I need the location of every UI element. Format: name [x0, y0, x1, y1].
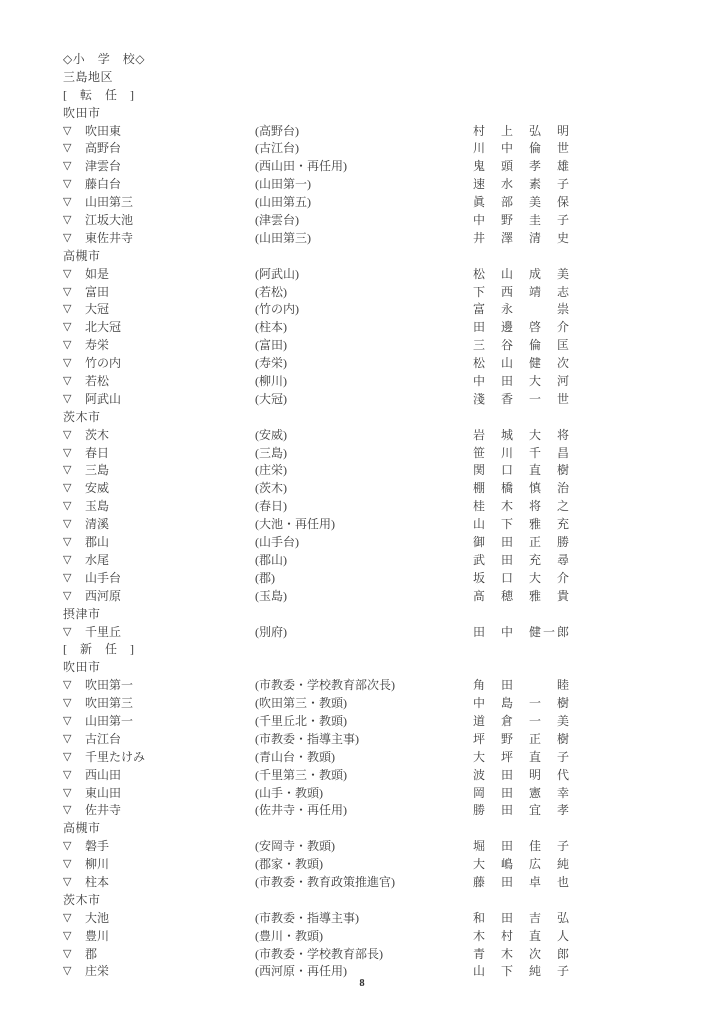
- transfer-row: ▽安威(茨木)棚 橋 慎 治: [63, 480, 724, 498]
- city-header: 吹田市: [63, 659, 724, 677]
- previous-post: (西山田・再任用): [255, 158, 347, 176]
- previous-post: (古江台): [255, 140, 299, 158]
- school-name: 竹の内: [85, 355, 121, 373]
- person-name: 大 嶋 広 純: [473, 856, 571, 874]
- transfer-row: ▽寿栄(富田)三 谷 倫 匡: [63, 337, 724, 355]
- transfer-row: ▽郡山(山手台)御 田 正 勝: [63, 534, 724, 552]
- school-name: 若松: [85, 373, 109, 391]
- row-marker-icon: ▽: [63, 266, 71, 284]
- transfer-row: ▽柱本(市教委・教育政策推進官)藤 田 卓 也: [63, 874, 724, 892]
- school-name: 茨木: [85, 427, 109, 445]
- person-name: 田 邊 啓 介: [473, 319, 571, 337]
- row-marker-icon: ▽: [63, 462, 71, 480]
- city-header: 茨木市: [63, 409, 724, 427]
- previous-post: (大池・再任用): [255, 516, 335, 534]
- person-name: 木 村 直 人: [473, 928, 571, 946]
- transfer-row: ▽竹の内(寿栄)松 山 健 次: [63, 355, 724, 373]
- transfer-row: ▽水尾(郡山)武 田 充 尋: [63, 552, 724, 570]
- person-name: 武 田 充 尋: [473, 552, 571, 570]
- previous-post: (市教委・学校教育部長): [255, 946, 383, 964]
- person-name: 田 中 健一郎: [473, 624, 571, 642]
- transfer-row: ▽藤白台(山田第一)速 水 素 子: [63, 176, 724, 194]
- row-marker-icon: ▽: [63, 785, 71, 803]
- previous-post: (千里第三・教頭): [255, 767, 347, 785]
- row-marker-icon: ▽: [63, 552, 71, 570]
- page-number: 8: [0, 978, 724, 989]
- document-page: ◇小 学 校◇ 三島地区 [ 転 任 ]吹田市▽吹田東(高野台)村 上 弘 明▽…: [0, 0, 724, 1024]
- school-name: 古江台: [85, 731, 121, 749]
- row-marker-icon: ▽: [63, 212, 71, 230]
- previous-post: (若松): [255, 284, 287, 302]
- previous-post: (郡山): [255, 552, 287, 570]
- person-name: 村 上 弘 明: [473, 123, 571, 141]
- previous-post: (竹の内): [255, 301, 299, 319]
- transfer-row: ▽吹田第三(吹田第三・教頭)中 島 一 樹: [63, 695, 724, 713]
- school-name: 大池: [85, 910, 109, 928]
- section-label: [ 転 任 ]: [63, 87, 724, 105]
- row-marker-icon: ▽: [63, 284, 71, 302]
- transfer-row: ▽郡(市教委・学校教育部長)青 木 次 郎: [63, 946, 724, 964]
- transfer-row: ▽千里丘(別府)田 中 健一郎: [63, 624, 724, 642]
- row-marker-icon: ▽: [63, 838, 71, 856]
- roster: ◇小 学 校◇ 三島地区 [ 転 任 ]吹田市▽吹田東(高野台)村 上 弘 明▽…: [63, 51, 724, 981]
- person-name: 青 木 次 郎: [473, 946, 571, 964]
- school-name: 清溪: [85, 516, 109, 534]
- previous-post: (山田第五): [255, 194, 311, 212]
- transfer-row: ▽千里たけみ(青山台・教頭)大 坪 直 子: [63, 749, 724, 767]
- transfer-row: ▽高野台(古江台)川 中 倫 世: [63, 140, 724, 158]
- transfer-row: ▽柳川(郡家・教頭)大 嶋 広 純: [63, 856, 724, 874]
- person-name: 堀 田 佳 子: [473, 838, 571, 856]
- row-marker-icon: ▽: [63, 140, 71, 158]
- previous-post: (茨木): [255, 480, 287, 498]
- school-name: 如是: [85, 266, 109, 284]
- previous-post: (柳川): [255, 373, 287, 391]
- school-name: 三島: [85, 462, 109, 480]
- transfer-row: ▽西山田(千里第三・教頭)波 田 明 代: [63, 767, 724, 785]
- school-name: 千里たけみ: [85, 749, 145, 767]
- school-name: 津雲台: [85, 158, 121, 176]
- person-name: 笹 川 千 昌: [473, 445, 571, 463]
- row-marker-icon: ▽: [63, 677, 71, 695]
- previous-post: (山手・教頭): [255, 785, 323, 803]
- person-name: 坪 野 正 樹: [473, 731, 571, 749]
- previous-post: (玉島): [255, 588, 287, 606]
- school-name: 水尾: [85, 552, 109, 570]
- city-header: 摂津市: [63, 606, 724, 624]
- city-header: 吹田市: [63, 105, 724, 123]
- school-name: 郡山: [85, 534, 109, 552]
- page-title: ◇小 学 校◇: [63, 51, 724, 69]
- transfer-row: ▽山田第一(千里丘北・教頭)道 倉 一 美: [63, 713, 724, 731]
- person-name: 勝 田 宜 孝: [473, 802, 571, 820]
- person-name: 富 永 祟: [473, 301, 571, 319]
- previous-post: (郡家・教頭): [255, 856, 323, 874]
- row-marker-icon: ▽: [63, 588, 71, 606]
- row-marker-icon: ▽: [63, 337, 71, 355]
- row-marker-icon: ▽: [63, 749, 71, 767]
- transfer-row: ▽山田第三(山田第五)眞 部 美 保: [63, 194, 724, 212]
- person-name: 中 田 大 河: [473, 373, 571, 391]
- person-name: 波 田 明 代: [473, 767, 571, 785]
- school-name: 東佐井寺: [85, 230, 133, 248]
- row-marker-icon: ▽: [63, 695, 71, 713]
- row-marker-icon: ▽: [63, 910, 71, 928]
- transfer-row: ▽西河原(玉島)髙 穂 雅 貴: [63, 588, 724, 606]
- city-header: 高槻市: [63, 820, 724, 838]
- row-marker-icon: ▽: [63, 194, 71, 212]
- person-name: 眞 部 美 保: [473, 194, 571, 212]
- person-name: 道 倉 一 美: [473, 713, 571, 731]
- previous-post: (阿武山): [255, 266, 299, 284]
- city-header: 茨木市: [63, 892, 724, 910]
- school-name: 阿武山: [85, 391, 121, 409]
- school-name: 吹田第一: [85, 677, 133, 695]
- row-marker-icon: ▽: [63, 624, 71, 642]
- person-name: 大 坪 直 子: [473, 749, 571, 767]
- person-name: 岡 田 憲 幸: [473, 785, 571, 803]
- school-name: 西河原: [85, 588, 121, 606]
- school-name: 吹田第三: [85, 695, 133, 713]
- school-name: 富田: [85, 284, 109, 302]
- row-marker-icon: ▽: [63, 158, 71, 176]
- school-name: 山田第一: [85, 713, 133, 731]
- school-name: 郡: [85, 946, 97, 964]
- school-name: 柳川: [85, 856, 109, 874]
- school-name: 千里丘: [85, 624, 121, 642]
- previous-post: (豊川・教頭): [255, 928, 323, 946]
- row-marker-icon: ▽: [63, 874, 71, 892]
- section-label: [ 新 任 ]: [63, 641, 724, 659]
- school-name: 豊川: [85, 928, 109, 946]
- person-name: 下 西 靖 志: [473, 284, 571, 302]
- person-name: 松 山 健 次: [473, 355, 571, 373]
- transfer-row: ▽山手台(郡)坂 口 大 介: [63, 570, 724, 588]
- previous-post: (寿栄): [255, 355, 287, 373]
- transfer-row: ▽若松(柳川)中 田 大 河: [63, 373, 724, 391]
- transfer-row: ▽吹田第一(市教委・学校教育部次長)角 田 睦: [63, 677, 724, 695]
- row-marker-icon: ▽: [63, 713, 71, 731]
- transfer-row: ▽三島(庄栄)関 口 直 樹: [63, 462, 724, 480]
- previous-post: (吹田第三・教頭): [255, 695, 347, 713]
- row-marker-icon: ▽: [63, 856, 71, 874]
- transfer-row: ▽大池(市教委・指導主事)和 田 吉 弘: [63, 910, 724, 928]
- transfer-row: ▽古江台(市教委・指導主事)坪 野 正 樹: [63, 731, 724, 749]
- person-name: 藤 田 卓 也: [473, 874, 571, 892]
- row-marker-icon: ▽: [63, 373, 71, 391]
- previous-post: (高野台): [255, 123, 299, 141]
- row-marker-icon: ▽: [63, 319, 71, 337]
- previous-post: (市教委・指導主事): [255, 731, 359, 749]
- previous-post: (山手台): [255, 534, 299, 552]
- transfer-row: ▽如是(阿武山)松 山 成 美: [63, 266, 724, 284]
- school-name: 柱本: [85, 874, 109, 892]
- previous-post: (大冠): [255, 391, 287, 409]
- previous-post: (佐井寺・再任用): [255, 802, 347, 820]
- person-name: 坂 口 大 介: [473, 570, 571, 588]
- person-name: 川 中 倫 世: [473, 140, 571, 158]
- row-marker-icon: ▽: [63, 731, 71, 749]
- transfer-row: ▽磐手(安岡寺・教頭)堀 田 佳 子: [63, 838, 724, 856]
- school-name: 山田第三: [85, 194, 133, 212]
- person-name: 三 谷 倫 匡: [473, 337, 571, 355]
- school-name: 山手台: [85, 570, 121, 588]
- person-name: 角 田 睦: [473, 677, 571, 695]
- previous-post: (市教委・指導主事): [255, 910, 359, 928]
- row-marker-icon: ▽: [63, 123, 71, 141]
- transfer-row: ▽玉島(春日)桂 木 将 之: [63, 498, 724, 516]
- school-name: 藤白台: [85, 176, 121, 194]
- person-name: 中 野 圭 子: [473, 212, 571, 230]
- person-name: 速 水 素 子: [473, 176, 571, 194]
- school-name: 西山田: [85, 767, 121, 785]
- previous-post: (市教委・学校教育部次長): [255, 677, 395, 695]
- previous-post: (市教委・教育政策推進官): [255, 874, 395, 892]
- previous-post: (千里丘北・教頭): [255, 713, 347, 731]
- school-name: 玉島: [85, 498, 109, 516]
- person-name: 岩 城 大 将: [473, 427, 571, 445]
- school-name: 佐井寺: [85, 802, 121, 820]
- previous-post: (柱本): [255, 319, 287, 337]
- row-marker-icon: ▽: [63, 391, 71, 409]
- school-name: 磐手: [85, 838, 109, 856]
- row-marker-icon: ▽: [63, 301, 71, 319]
- transfer-row: ▽茨木(安威)岩 城 大 将: [63, 427, 724, 445]
- row-marker-icon: ▽: [63, 230, 71, 248]
- school-name: 江坂大池: [85, 212, 133, 230]
- person-name: 鬼 頭 孝 雄: [473, 158, 571, 176]
- city-header: 高槻市: [63, 248, 724, 266]
- school-name: 寿栄: [85, 337, 109, 355]
- person-name: 中 島 一 樹: [473, 695, 571, 713]
- person-name: 井 澤 清 史: [473, 230, 571, 248]
- previous-post: (庄栄): [255, 462, 287, 480]
- school-name: 吹田東: [85, 123, 121, 141]
- person-name: 髙 穂 雅 貴: [473, 588, 571, 606]
- person-name: 松 山 成 美: [473, 266, 571, 284]
- transfer-row: ▽豊川(豊川・教頭)木 村 直 人: [63, 928, 724, 946]
- person-name: 棚 橋 慎 治: [473, 480, 571, 498]
- transfer-row: ▽吹田東(高野台)村 上 弘 明: [63, 123, 724, 141]
- person-name: 淺 香 一 世: [473, 391, 571, 409]
- previous-post: (青山台・教頭): [255, 749, 335, 767]
- transfer-row: ▽江坂大池(津雲台)中 野 圭 子: [63, 212, 724, 230]
- row-marker-icon: ▽: [63, 534, 71, 552]
- school-name: 東山田: [85, 785, 121, 803]
- school-name: 大冠: [85, 301, 109, 319]
- row-marker-icon: ▽: [63, 176, 71, 194]
- transfer-row: ▽東佐井寺(山田第三)井 澤 清 史: [63, 230, 724, 248]
- person-name: 和 田 吉 弘: [473, 910, 571, 928]
- row-marker-icon: ▽: [63, 802, 71, 820]
- person-name: 御 田 正 勝: [473, 534, 571, 552]
- person-name: 山 下 雅 充: [473, 516, 571, 534]
- previous-post: (郡): [255, 570, 275, 588]
- transfer-row: ▽阿武山(大冠)淺 香 一 世: [63, 391, 724, 409]
- roster-body: [ 転 任 ]吹田市▽吹田東(高野台)村 上 弘 明▽高野台(古江台)川 中 倫…: [63, 87, 724, 982]
- school-name: 北大冠: [85, 319, 121, 337]
- person-name: 関 口 直 樹: [473, 462, 571, 480]
- person-name: 桂 木 将 之: [473, 498, 571, 516]
- row-marker-icon: ▽: [63, 498, 71, 516]
- previous-post: (安威): [255, 427, 287, 445]
- previous-post: (別府): [255, 624, 287, 642]
- previous-post: (富田): [255, 337, 287, 355]
- school-name: 春日: [85, 445, 109, 463]
- previous-post: (三島): [255, 445, 287, 463]
- transfer-row: ▽北大冠(柱本)田 邊 啓 介: [63, 319, 724, 337]
- previous-post: (山田第一): [255, 176, 311, 194]
- transfer-row: ▽春日(三島)笹 川 千 昌: [63, 445, 724, 463]
- transfer-row: ▽清溪(大池・再任用)山 下 雅 充: [63, 516, 724, 534]
- previous-post: (津雲台): [255, 212, 299, 230]
- school-name: 高野台: [85, 140, 121, 158]
- district-label: 三島地区: [63, 69, 724, 87]
- transfer-row: ▽東山田(山手・教頭)岡 田 憲 幸: [63, 785, 724, 803]
- transfer-row: ▽富田(若松)下 西 靖 志: [63, 284, 724, 302]
- row-marker-icon: ▽: [63, 427, 71, 445]
- row-marker-icon: ▽: [63, 445, 71, 463]
- row-marker-icon: ▽: [63, 355, 71, 373]
- transfer-row: ▽津雲台(西山田・再任用)鬼 頭 孝 雄: [63, 158, 724, 176]
- row-marker-icon: ▽: [63, 570, 71, 588]
- row-marker-icon: ▽: [63, 516, 71, 534]
- previous-post: (山田第三): [255, 230, 311, 248]
- previous-post: (春日): [255, 498, 287, 516]
- school-name: 安威: [85, 480, 109, 498]
- transfer-row: ▽佐井寺(佐井寺・再任用)勝 田 宜 孝: [63, 802, 724, 820]
- previous-post: (安岡寺・教頭): [255, 838, 335, 856]
- row-marker-icon: ▽: [63, 767, 71, 785]
- row-marker-icon: ▽: [63, 480, 71, 498]
- row-marker-icon: ▽: [63, 946, 71, 964]
- row-marker-icon: ▽: [63, 928, 71, 946]
- transfer-row: ▽大冠(竹の内)富 永 祟: [63, 301, 724, 319]
